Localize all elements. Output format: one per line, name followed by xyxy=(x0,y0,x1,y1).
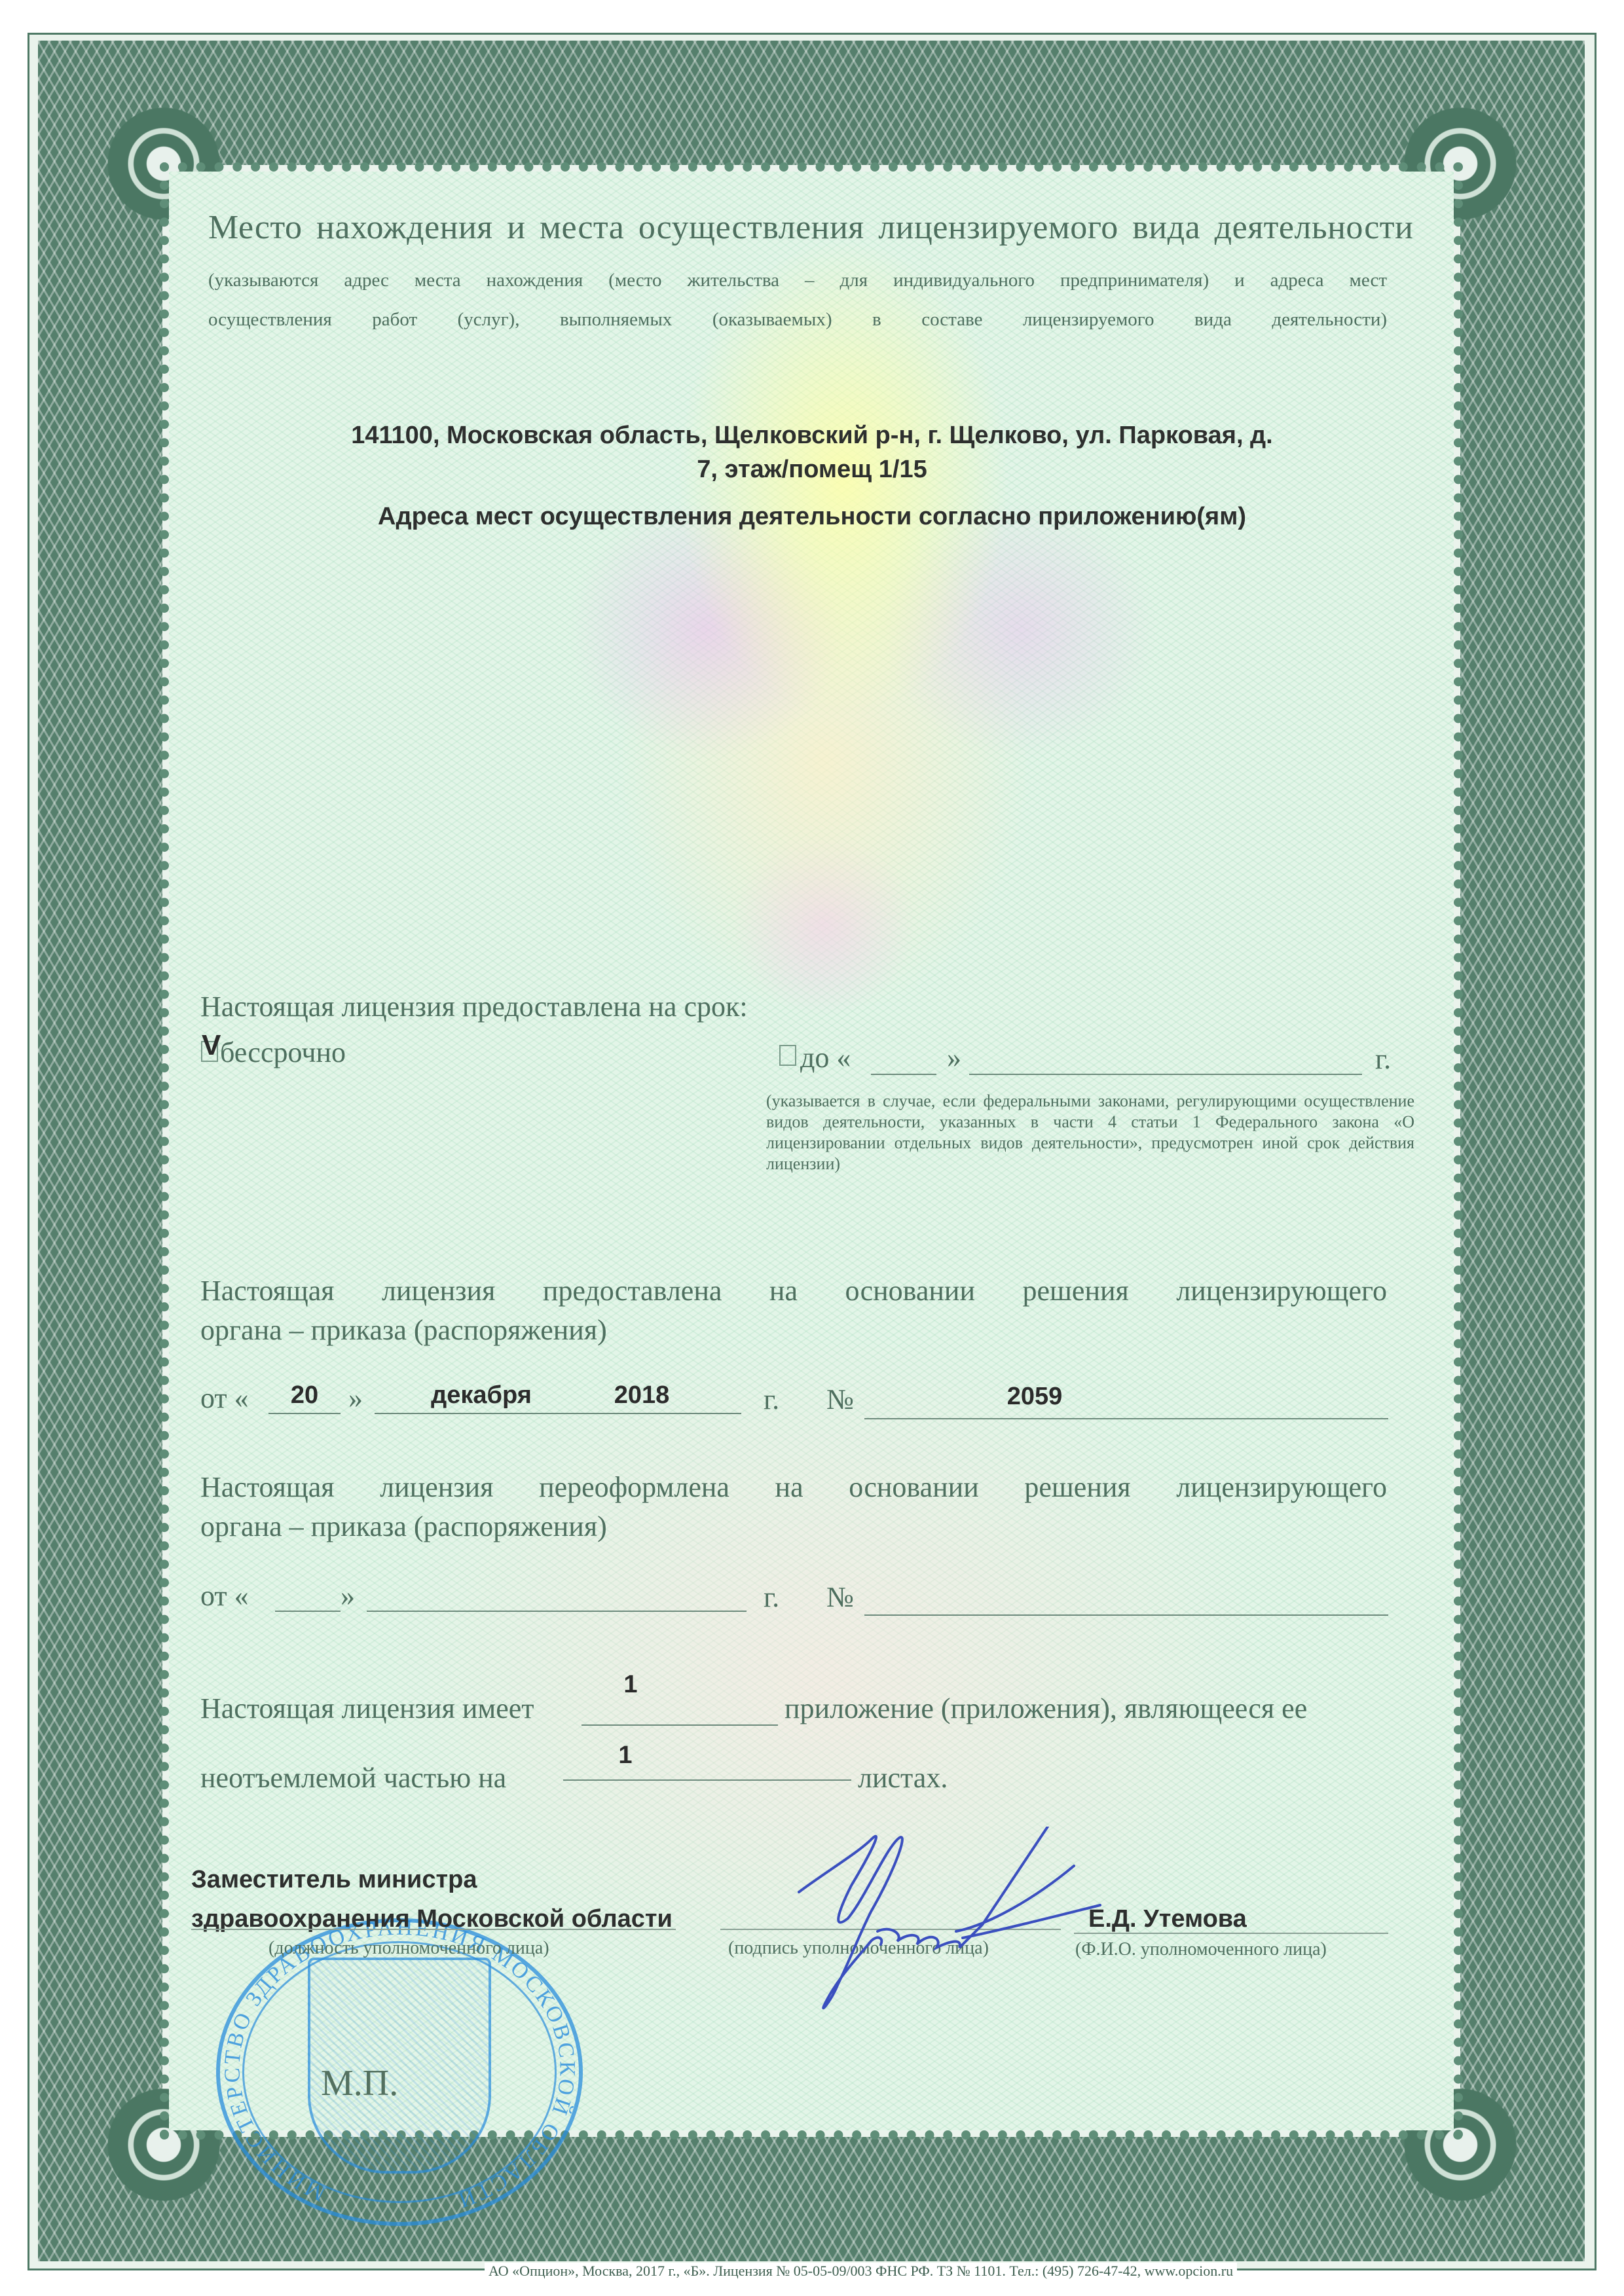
granted-month-value: декабря xyxy=(406,1381,557,1410)
granted-from-label: от « xyxy=(200,1381,249,1415)
until-month-year-field[interactable] xyxy=(969,1074,1362,1075)
location-subtitle-line1: (указываются адрес места нахождения (мес… xyxy=(208,270,1387,291)
signatory-position-line1: Заместитель министра xyxy=(191,1866,477,1894)
address-line1: 141100, Московская область, Щелковский р… xyxy=(236,419,1388,452)
reissued-year-suffix: г. xyxy=(764,1580,779,1614)
appendix-line1-prefix: Настоящая лицензия имеет xyxy=(200,1692,534,1725)
granted-month-year-field[interactable] xyxy=(375,1413,741,1414)
reissued-text-line1: Настоящая лицензия переоформлена на осно… xyxy=(200,1470,1387,1504)
reissued-from-label: от « xyxy=(200,1579,249,1613)
sheet-count-value: 1 xyxy=(576,1741,674,1770)
svg-text:МИНИСТЕРСТВО ЗДРАВООХРАНЕНИЯ М: МИНИСТЕРСТВО ЗДРАВООХРАНЕНИЯ МОСКОВСКОЙ … xyxy=(220,1918,579,2213)
appendix-line2-suffix: листах. xyxy=(858,1761,948,1795)
granted-number-label: № xyxy=(826,1383,854,1416)
seal-place-label: М.П. xyxy=(321,2062,398,2104)
reissued-text-line2: органа – приказа (распоряжения) xyxy=(200,1510,607,1543)
granted-year-suffix: г. xyxy=(764,1383,779,1416)
appendix-line2-prefix: неотъемлемой частью на xyxy=(200,1761,506,1795)
term-label: Настоящая лицензия предоставлена на срок… xyxy=(200,990,748,1023)
check-mark-icon: V xyxy=(202,1029,221,1062)
until-day-field[interactable] xyxy=(871,1074,936,1075)
location-subtitle-line2: осуществления работ (услуг), выполняемых… xyxy=(208,309,1387,331)
granted-day-value: 20 xyxy=(268,1381,341,1410)
reissued-number-label: № xyxy=(826,1580,854,1614)
appendix-count-value: 1 xyxy=(581,1671,680,1699)
granted-text-line2: органа – приказа (распоряжения) xyxy=(200,1313,607,1347)
granted-text-line1: Настоящая лицензия предоставлена на осно… xyxy=(200,1274,1387,1307)
address-note: Адреса мест осуществления деятельности с… xyxy=(236,500,1388,533)
until-label: до « xyxy=(800,1041,851,1074)
stamp-text: МИНИСТЕРСТВО ЗДРАВООХРАНЕНИЯ МОСКОВСКОЙ … xyxy=(220,1918,579,2213)
section-title-location: Место нахождения и места осуществления л… xyxy=(208,208,1387,247)
indefinite-label: бессрочно xyxy=(220,1036,346,1069)
reissued-month-year-field[interactable] xyxy=(367,1611,747,1612)
until-date-checkbox[interactable] xyxy=(779,1045,796,1066)
sheet-count-field[interactable] xyxy=(563,1779,851,1781)
stamp-text-ring: МИНИСТЕРСТВО ЗДРАВООХРАНЕНИЯ МОСКОВСКОЙ … xyxy=(216,1918,583,2226)
until-quote-close: » xyxy=(947,1041,961,1074)
granted-number-field[interactable] xyxy=(864,1418,1388,1419)
address-line2: 7, этаж/помещ 1/15 xyxy=(236,453,1388,486)
granted-number-value: 2059 xyxy=(969,1383,1100,1411)
granted-year-value: 2018 xyxy=(589,1381,694,1410)
reissued-number-field[interactable] xyxy=(864,1614,1388,1616)
printer-imprint: АО «Опцион», Москва, 2017 г., «Б». Лицен… xyxy=(485,2263,1237,2280)
appendix-count-field[interactable] xyxy=(581,1724,778,1726)
reissued-quote-close: » xyxy=(341,1579,355,1613)
reissued-day-field[interactable] xyxy=(275,1611,341,1612)
term-note: (указывается в случае, если федеральными… xyxy=(766,1091,1414,1175)
until-year-suffix: г. xyxy=(1375,1042,1391,1076)
appendix-line1-suffix: приложение (приложения), являющееся ее xyxy=(784,1692,1307,1725)
granted-quote-close: » xyxy=(348,1381,363,1415)
position-rule xyxy=(191,1929,676,1930)
position-caption: (должность уполномоченного лица) xyxy=(268,1938,549,1959)
handwritten-signature xyxy=(707,1827,1166,2023)
granted-day-field[interactable] xyxy=(268,1413,341,1414)
